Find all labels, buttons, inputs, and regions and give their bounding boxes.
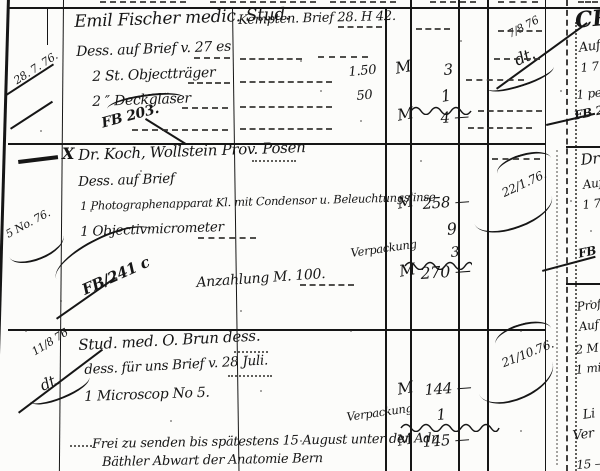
total-amount: 270 —: [420, 263, 471, 282]
right-page-fragment: 1 7: [582, 197, 600, 211]
ledger-scan-page: Emil Fischer medic. Stud. Kempten. Brief…: [0, 0, 600, 471]
right-page-fragment: Prof: [576, 298, 600, 313]
total-amount: 4 —: [440, 109, 469, 126]
dotted-leader: [194, 57, 230, 59]
dotted-leader: [188, 82, 230, 84]
item-amount: 9: [446, 221, 458, 238]
dotted-leader: [330, 1, 396, 3]
item-text: 1 Microscop No 5.: [84, 386, 210, 404]
dotted-leader: [198, 237, 256, 239]
dotted-leader: [252, 160, 296, 162]
margin-check-slash: [10, 101, 53, 130]
total-currency-mark: M: [396, 105, 415, 124]
currency-column-line: [385, 7, 387, 471]
right-page-fragment: Auf: [582, 176, 600, 191]
section-divider-2: [8, 329, 546, 331]
dotted-leader: [70, 445, 92, 447]
right-page-fragment: Auf: [578, 318, 599, 333]
currency-mark: M: [396, 379, 415, 398]
customer-name: Stud. med. O. Brun dess.: [78, 328, 261, 353]
right-page-fragment: 2 M: [575, 342, 599, 356]
folio-flourish-tail: [145, 118, 187, 145]
dotted-leader: [494, 58, 540, 60]
dotted-leader: [300, 284, 354, 286]
dotted-leader: [228, 375, 272, 377]
dotted-leader: [468, 127, 532, 129]
right-page-flourish-stroke: [542, 256, 596, 272]
dotted-leader: [578, 1, 598, 3]
scan-speckles: [300, 60, 302, 62]
dotted-leader: [132, 129, 228, 131]
right-page-fragment: Auf: [578, 39, 600, 55]
dotted-leader: [498, 1, 538, 3]
dotted-leader: [478, 110, 542, 112]
item-price: 50: [356, 89, 373, 103]
item-text: Verpackung: [350, 239, 417, 260]
item-amount: 144 —: [424, 380, 472, 398]
dotted-leader: [416, 28, 450, 30]
margin-date: 28. 7. 76.: [12, 50, 59, 86]
margin-column-stub-line: [47, 7, 48, 45]
right-page-fragment: 1 7: [580, 60, 599, 74]
dotted-leader: [466, 79, 524, 81]
amount-column-right-line: [458, 0, 460, 471]
posted-date: 7/8 76: [506, 14, 541, 39]
top-border-line: [8, 7, 600, 9]
right-page-fragment: Ver: [572, 427, 595, 443]
dotted-leader: [240, 128, 332, 130]
shipping-note-line2: Bäthler Abwart der Anatomie Bern: [102, 452, 323, 469]
item-price: 1.50: [348, 64, 377, 79]
dotted-leader: [338, 26, 382, 28]
margin-x-mark: X: [62, 146, 74, 162]
right-page-header-fragment: CR: [574, 6, 600, 32]
dotted-leader: [234, 351, 268, 353]
item-amount: 3: [450, 245, 460, 260]
gutter-dotted-line: [556, 150, 558, 465]
item-text: 1 Photographenapparat Kl. mit Condensor …: [80, 192, 436, 213]
item-amount: 1: [436, 407, 447, 423]
order-note: Dess. auf Brief: [78, 173, 175, 190]
item-text: Verpackung: [346, 403, 413, 424]
right-page-fragment: 15 —: [576, 457, 600, 471]
right-page-fragment: 1 mi: [575, 361, 600, 376]
deposit-note: Anzahlung M. 100.: [196, 267, 326, 290]
right-page-fragment: 1 pe: [576, 86, 600, 101]
dotted-leader: [100, 1, 186, 3]
dotted-leader: [492, 158, 540, 160]
shipping-note-line1: Frei zu senden bis spätestens 15 August …: [92, 432, 440, 451]
dotted-leader: [498, 30, 542, 32]
margin-emphasis-dash: [18, 155, 58, 164]
right-page-divider-1: [566, 146, 600, 148]
margin-date: 11/8 76: [30, 327, 70, 358]
dotted-leader: [240, 81, 332, 83]
item-amount: 1: [440, 88, 452, 105]
right-page-fragment: Li: [582, 407, 596, 422]
dotted-leader: [240, 106, 332, 108]
order-note: dess. für uns Brief v. 28 Juli.: [84, 354, 268, 377]
dotted-leader: [240, 58, 302, 60]
currency-mark: M: [396, 193, 415, 212]
dotted-leader: [318, 56, 368, 58]
place-note: Kempten. Brief 28. H 42.: [238, 10, 396, 27]
page-gutter-dashed-line: [566, 0, 568, 471]
right-page-fragment: Dr: [580, 151, 600, 168]
item-amount: 3: [443, 62, 454, 78]
total-currency-mark: M: [398, 261, 417, 280]
right-page-divider-2: [566, 283, 600, 285]
dotted-leader: [430, 1, 476, 3]
currency-mark: M: [394, 58, 413, 77]
dotted-leader: [210, 1, 316, 3]
item-amount: 258 —: [422, 194, 470, 212]
dotted-leader: [182, 107, 228, 109]
